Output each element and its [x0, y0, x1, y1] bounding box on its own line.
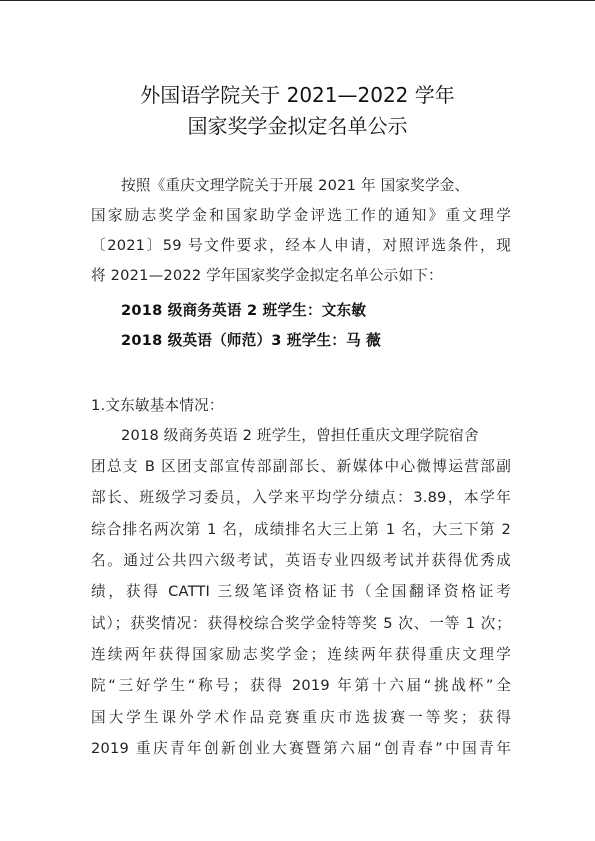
section-1-line-10: 国大学生课外学术作品竞赛重庆市选拔赛一等奖；获得: [91, 708, 511, 728]
section-1-line-5: 名。通过公共四六级考试，英语专业四级考试并获得优秀成: [91, 551, 511, 571]
section-1-line-3: 部长、班级学习委员，入学来平均学分绩点：3.89，本学年: [91, 488, 511, 508]
section-1-line-7: 试）；获奖情况：获得校综合奖学金特等奖 5 次、一等 1 次；: [91, 614, 511, 634]
section-1-line-4: 综合排名两次第 1 名，成绩排名大三上第 1 名，大三下第 2: [91, 520, 511, 540]
nominee-1: 2018 级商务英语 2 班学生：文东敏: [121, 301, 541, 321]
document-title-line-2: 国家奖学金拟定名单公示: [0, 111, 595, 141]
section-1-line-6: 绩，获得 CATTI 三级笔译资格证书（全国翻译资格证考: [91, 582, 511, 602]
intro-line-2: 国家励志奖学金和国家助学金评选工作的通知》重文理学: [91, 206, 511, 226]
intro-line-4: 将 2021—2022 学年国家奖学金拟定名单公示如下：: [91, 266, 511, 286]
intro-line-3: 〔2021〕59 号文件要求，经本人申请，对照评选条件，现: [91, 236, 511, 256]
section-1-line-11: 2019 重庆青年创新创业大赛暨第六届“创青春”中国青年: [91, 739, 511, 759]
intro-line-1: 按照《重庆文理学院关于开展 2021 年 国家奖学金、: [121, 176, 511, 196]
section-1-line-8: 连续两年获得国家励志奖学金；连续两年获得重庆文理学: [91, 645, 511, 665]
section-1-heading: 1.文东敏基本情况：: [91, 396, 511, 416]
section-1-line-9: 院“三好学生“称号；获得 2019 年第十六届“挑战杯”全: [91, 676, 511, 696]
section-1-line-2: 团总支 B 区团支部宣传部副部长、新媒体中心微博运营部副: [91, 457, 511, 477]
nominee-2: 2018 级英语（师范）3 班学生：马 薇: [121, 331, 541, 351]
document-page: 外国语学院关于 2021—2022 学年 国家奖学金拟定名单公示 按照《重庆文理…: [0, 0, 595, 841]
document-title-line-1: 外国语学院关于 2021—2022 学年: [0, 80, 595, 110]
section-1-line-1: 2018 级商务英语 2 班学生，曾担任重庆文理学院宿舍: [121, 426, 511, 446]
